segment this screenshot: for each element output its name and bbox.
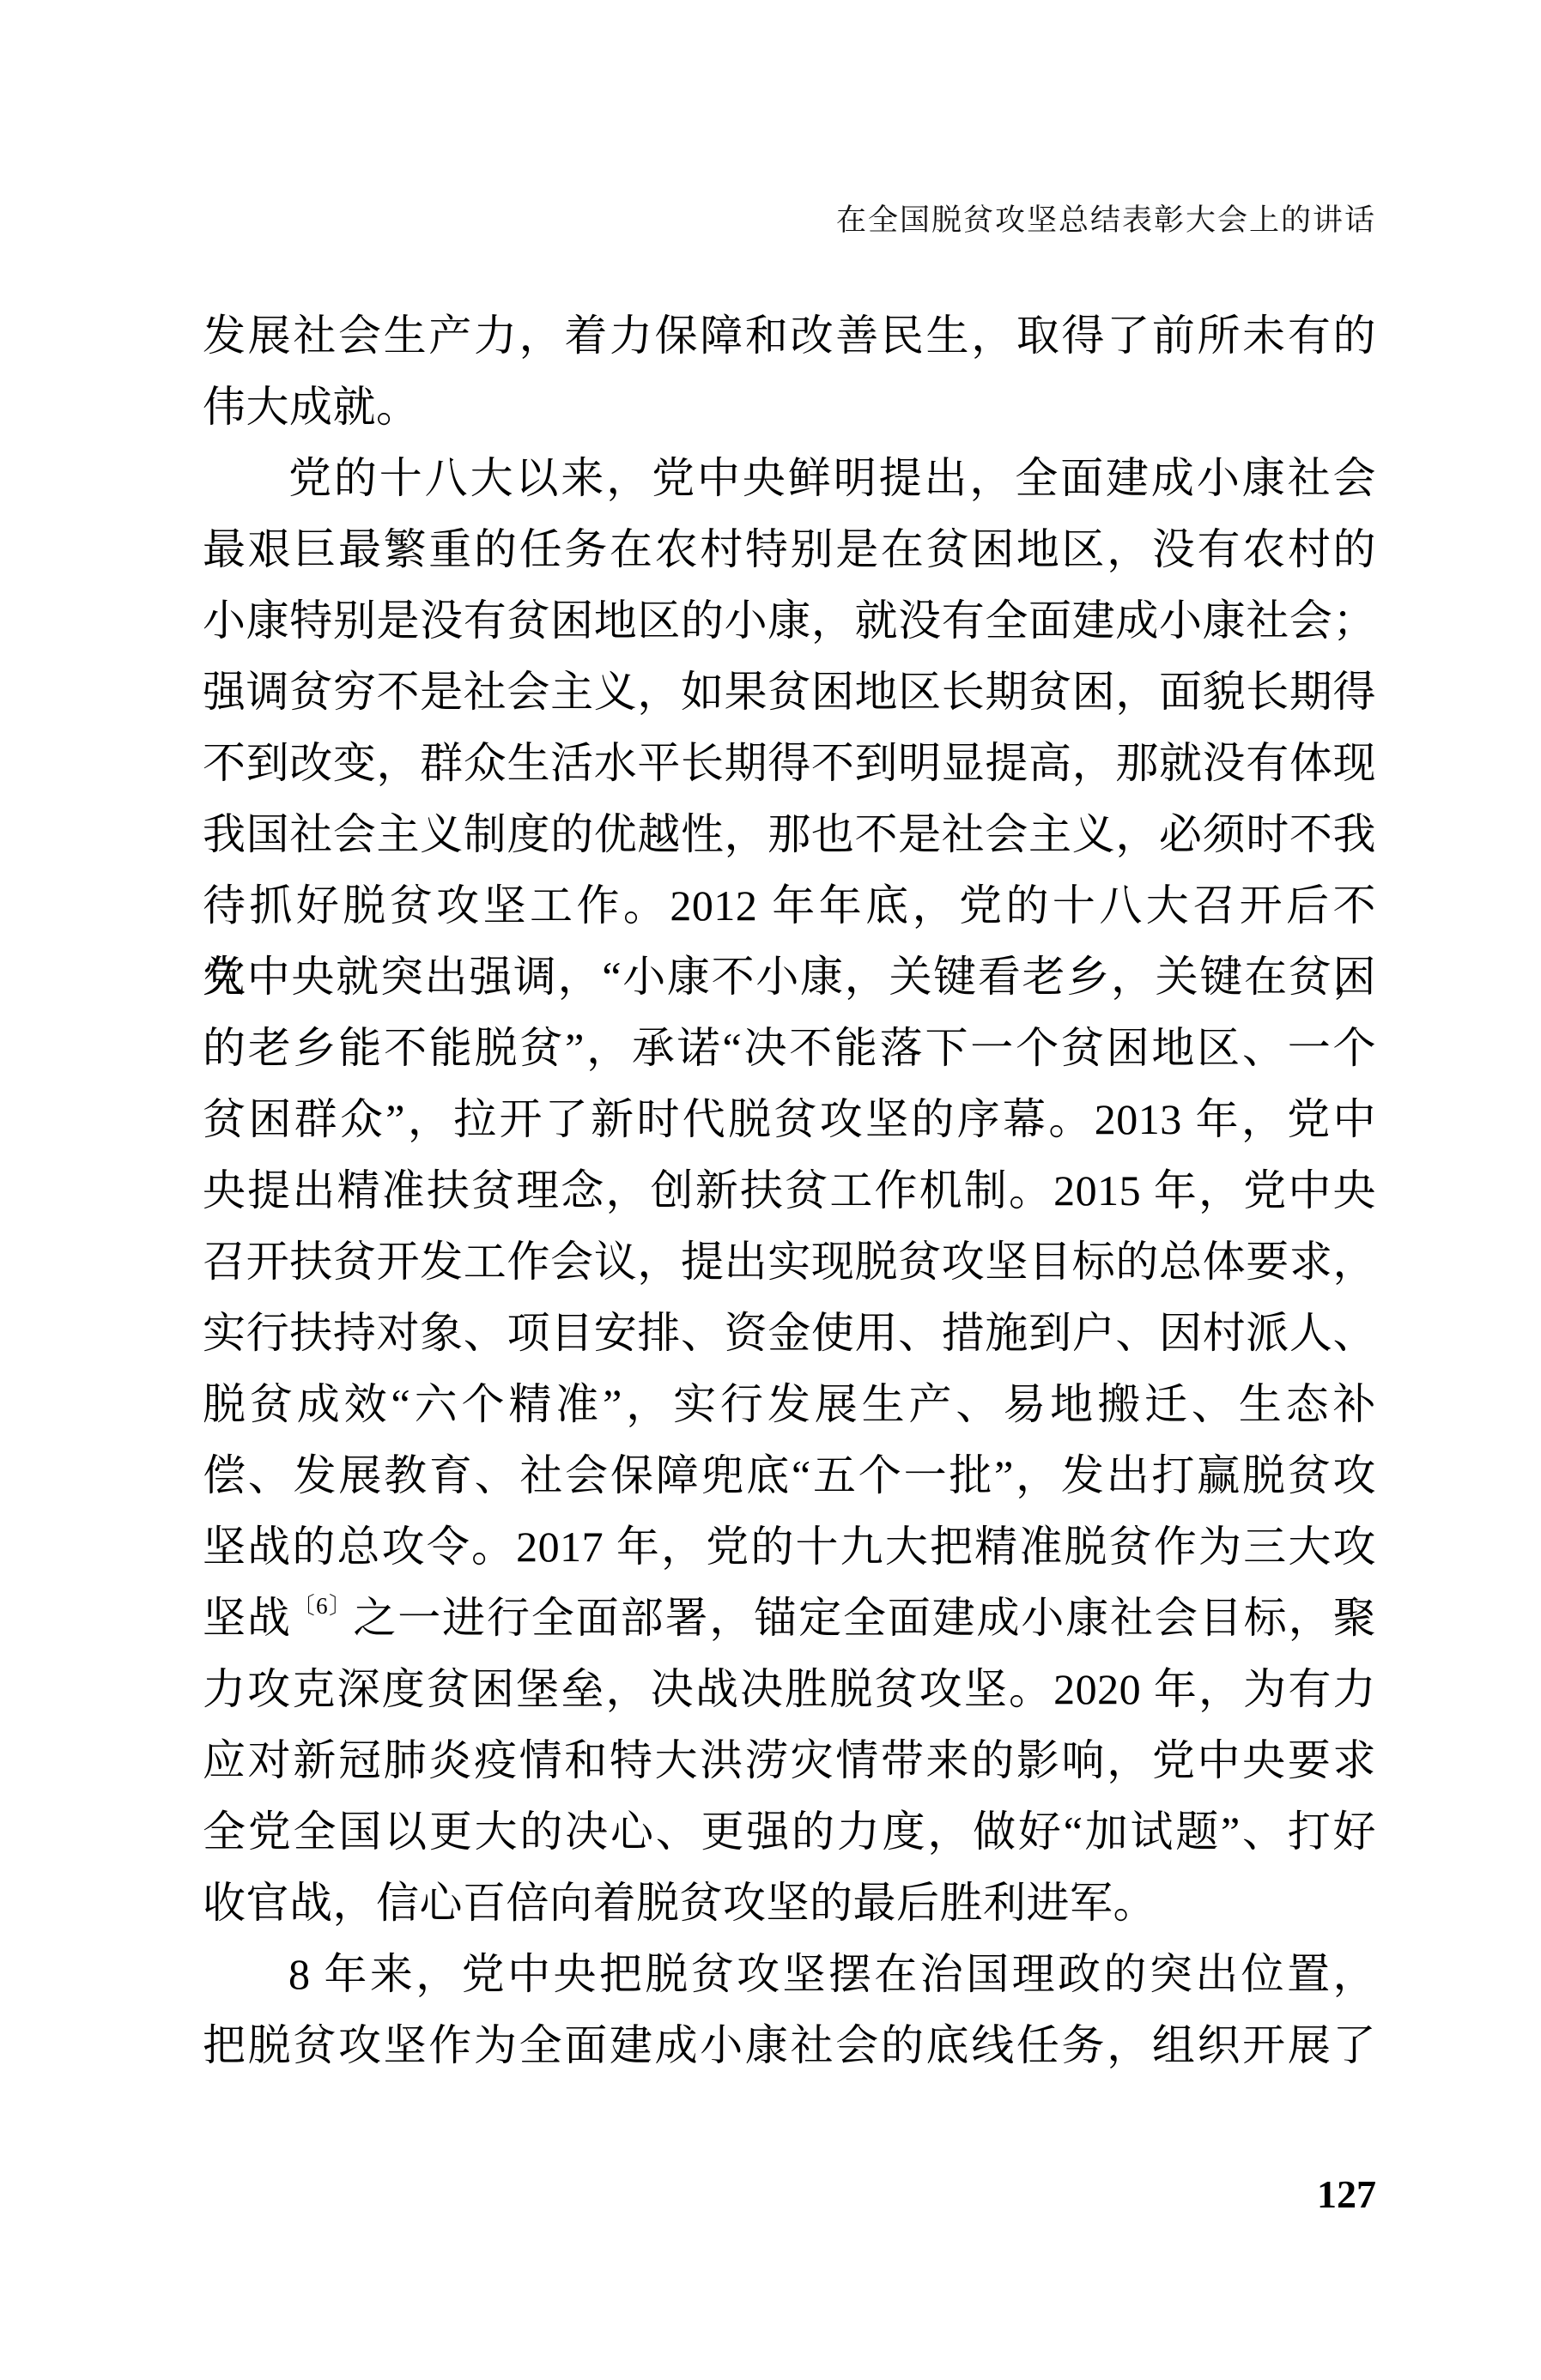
text-segment: 之一进行全面部署，锚定全面建成小康社会目标，聚 (353, 1594, 1376, 1642)
text-line: 收官战，信心百倍向着脱贫攻坚的最后胜利进军。 (203, 1868, 1376, 1939)
footnote-marker: 〔6〕 (292, 1593, 354, 1619)
text-line: 召开扶贫开发工作会议，提出实现脱贫攻坚目标的总体要求， (203, 1226, 1376, 1298)
page-number: 127 (1317, 2171, 1376, 2217)
text-line: 应对新冠肺炎疫情和特大洪涝灾情带来的影响，党中央要求 (203, 1725, 1376, 1796)
text-line: 不到改变，群众生活水平长期得不到明显提高，那就没有体现 (203, 728, 1376, 799)
text-line: 党中央就突出强调，“小康不小康，关键看老乡，关键在贫困 (203, 942, 1376, 1013)
text-line: 伟大成就。 (203, 372, 1376, 443)
text-line: 待抓好脱贫攻坚工作。2012 年年底，党的十八大召开后不久， (203, 870, 1376, 942)
text-line: 小康特别是没有贫困地区的小康，就没有全面建成小康社会； (203, 585, 1376, 657)
text-line: 最艰巨最繁重的任务在农村特别是在贫困地区，没有农村的 (203, 514, 1376, 585)
text-line: 的老乡能不能脱贫”，承诺“决不能落下一个贫困地区、一个 (203, 1013, 1376, 1084)
text-segment: 坚战 (203, 1594, 292, 1642)
text-line: 党的十八大以来，党中央鲜明提出，全面建成小康社会 (203, 443, 1376, 514)
text-line: 把脱贫攻坚作为全面建成小康社会的底线任务，组织开展了 (203, 2010, 1376, 2081)
running-header: 在全国脱贫攻坚总结表彰大会上的讲话 (836, 197, 1376, 239)
text-line: 我国社会主义制度的优越性，那也不是社会主义，必须时不我 (203, 799, 1376, 870)
text-line: 强调贫穷不是社会主义，如果贫困地区长期贫困，面貌长期得 (203, 657, 1376, 728)
text-line: 全党全国以更大的决心、更强的力度，做好“加试题”、打好 (203, 1796, 1376, 1868)
text-line: 力攻克深度贫困堡垒，决战决胜脱贫攻坚。2020 年，为有力 (203, 1654, 1376, 1725)
text-line: 坚战的总攻令。2017 年，党的十九大把精准脱贫作为三大攻 (203, 1511, 1376, 1583)
book-page: 在全国脱贫攻坚总结表彰大会上的讲话 发展社会生产力，着力保障和改善民生，取得了前… (0, 0, 1541, 2380)
text-line: 发展社会生产力，着力保障和改善民生，取得了前所未有的 (203, 300, 1376, 372)
text-line: 实行扶持对象、项目安排、资金使用、措施到户、因村派人、 (203, 1298, 1376, 1369)
text-line: 偿、发展教育、社会保障兜底“五个一批”，发出打赢脱贫攻 (203, 1440, 1376, 1511)
body-text: 发展社会生产力，着力保障和改善民生，取得了前所未有的伟大成就。党的十八大以来，党… (203, 300, 1376, 2081)
text-line: 8 年来，党中央把脱贫攻坚摆在治国理政的突出位置， (203, 1939, 1376, 2010)
text-line: 脱贫成效“六个精准”，实行发展生产、易地搬迁、生态补 (203, 1369, 1376, 1440)
text-line: 贫困群众”，拉开了新时代脱贫攻坚的序幕。2013 年，党中 (203, 1084, 1376, 1155)
text-line: 坚战〔6〕之一进行全面部署，锚定全面建成小康社会目标，聚 (203, 1583, 1376, 1654)
text-line: 央提出精准扶贫理念，创新扶贫工作机制。2015 年，党中央 (203, 1155, 1376, 1226)
